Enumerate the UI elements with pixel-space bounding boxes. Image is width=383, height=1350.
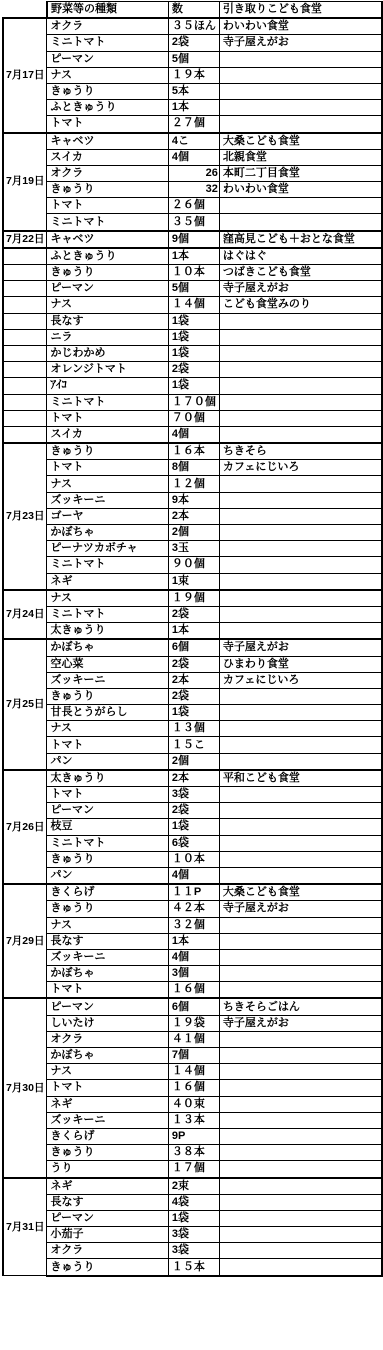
shokudo-cell — [219, 1031, 382, 1047]
vegetable-cell: ズッキーニ — [47, 492, 168, 508]
table-row: ピーマン5個寺子屋えがお — [3, 281, 382, 297]
date-cell-empty — [3, 378, 47, 394]
quantity-cell: 1袋 — [168, 313, 219, 329]
table-row: 太きゅうり1本 — [3, 623, 382, 640]
shokudo-cell — [219, 917, 382, 933]
quantity-cell: １３本 — [168, 1112, 219, 1128]
shokudo-cell — [219, 1227, 382, 1243]
table-row: オクラ４１個 — [3, 1031, 382, 1047]
vegetable-cell: ナス — [47, 297, 168, 313]
quantity-cell: 2袋 — [168, 656, 219, 672]
vegetable-cell: ネギ — [47, 1178, 168, 1195]
table-row: ネギ1束 — [3, 573, 382, 590]
quantity-cell: 2本 — [168, 508, 219, 524]
table-row: きゅうり１０本 — [3, 851, 382, 867]
table-row: 長なす4袋 — [3, 1194, 382, 1210]
shokudo-cell — [219, 378, 382, 394]
quantity-cell: 32 — [168, 182, 219, 198]
shokudo-cell — [219, 51, 382, 67]
quantity-cell: 3玉 — [168, 541, 219, 557]
date-cell-empty — [3, 426, 47, 443]
vegetable-cell: 太きゅうり — [47, 770, 168, 787]
shokudo-cell: ひまわり食堂 — [219, 656, 382, 672]
table-row: 小茄子3袋 — [3, 1227, 382, 1243]
shokudo-cell: こども食堂みのり — [219, 297, 382, 313]
quantity-cell: ４１個 — [168, 1031, 219, 1047]
quantity-cell: 1袋 — [168, 819, 219, 835]
date-cell-empty — [3, 297, 47, 313]
shokudo-cell: わいわい食堂 — [219, 182, 382, 198]
corner-cell — [3, 2, 47, 19]
table-row: トマト２６個 — [3, 198, 382, 214]
shokudo-cell — [219, 606, 382, 622]
quantity-cell: 4個 — [168, 149, 219, 165]
table-row: ゴーヤ2本 — [3, 508, 382, 524]
table-row: ズッキーニ１３本 — [3, 1112, 382, 1128]
quantity-cell: 4個 — [168, 867, 219, 884]
table-row: トマト１６個 — [3, 982, 382, 999]
quantity-cell: 2袋 — [168, 606, 219, 622]
shokudo-cell: カフェにじいろ — [219, 460, 382, 476]
vegetable-cell: しいたけ — [47, 1015, 168, 1031]
vegetable-cell: トマト — [47, 982, 168, 999]
vegetable-cell: トマト — [47, 460, 168, 476]
shokudo-cell — [219, 1048, 382, 1064]
table-row: きゅうり2袋 — [3, 688, 382, 704]
table-row: ズッキーニ4個 — [3, 949, 382, 965]
shokudo-cell: 大桑こども食堂 — [219, 884, 382, 901]
quantity-cell: ３８本 — [168, 1145, 219, 1161]
vegetable-cell: きゅうり — [47, 83, 168, 99]
vegetable-cell: かぼちゃ — [47, 1048, 168, 1064]
shokudo-cell — [219, 1128, 382, 1144]
quantity-cell: ３５ほん — [168, 18, 219, 35]
quantity-cell: 1束 — [168, 573, 219, 590]
quantity-cell: 1本 — [168, 248, 219, 265]
quantity-cell: 2袋 — [168, 35, 219, 51]
table-row: 7月29日きくらげ１１P大桑こども食堂 — [3, 884, 382, 901]
vegetable-cell: 空心菜 — [47, 656, 168, 672]
quantity-cell: 9個 — [168, 231, 219, 248]
date-cell: 7月23日 — [3, 443, 47, 590]
vegetable-cell: 長なす — [47, 313, 168, 329]
quantity-cell: 6個 — [168, 639, 219, 656]
table-row: 7月23日きゅうり１６本ちきそら — [3, 443, 382, 460]
shokudo-cell: 寺子屋えがお — [219, 281, 382, 297]
quantity-cell: 5個 — [168, 51, 219, 67]
table-row: ズッキーニ2本カフェにじいろ — [3, 672, 382, 688]
table-row: ナス１３個 — [3, 721, 382, 737]
vegetable-cell: ニラ — [47, 329, 168, 345]
date-cell-empty — [3, 248, 47, 265]
quantity-cell: ４０束 — [168, 1096, 219, 1112]
shokudo-cell — [219, 1145, 382, 1161]
quantity-cell: 5本 — [168, 83, 219, 99]
table-row: トマト１５こ — [3, 737, 382, 753]
table-row: 7月31日ネギ2束 — [3, 1178, 382, 1195]
vegetable-cell: 甘長とうがらし — [47, 705, 168, 721]
shokudo-cell — [219, 721, 382, 737]
vegetable-cell: トマト — [47, 116, 168, 133]
shokudo-cell — [219, 426, 382, 443]
shokudo-cell: 平和こども食堂 — [219, 770, 382, 787]
vegetable-cell: きゅうり — [47, 443, 168, 460]
table-row: ｱｲｺ1袋 — [3, 378, 382, 394]
vegetable-cell: ナス — [47, 590, 168, 607]
vegetable-cell: オクラ — [47, 18, 168, 35]
table-row: 空心菜2袋ひまわり食堂 — [3, 656, 382, 672]
shokudo-cell — [219, 214, 382, 231]
vegetable-cell: ナス — [47, 721, 168, 737]
vegetable-cell: オクラ — [47, 1031, 168, 1047]
table-row: かじわかめ1袋 — [3, 345, 382, 361]
quantity-cell: １７個 — [168, 1161, 219, 1178]
vegetable-cell: ナス — [47, 1064, 168, 1080]
quantity-cell: ３５個 — [168, 214, 219, 231]
shokudo-cell: 大桑こども食堂 — [219, 133, 382, 150]
vegetable-cell: きゅうり — [47, 182, 168, 198]
date-cell: 7月30日 — [3, 998, 47, 1177]
shokudo-cell — [219, 819, 382, 835]
table-row: ミニトマト2袋寺子屋えがお — [3, 35, 382, 51]
table-row: ナス１９本 — [3, 67, 382, 83]
quantity-cell: 5個 — [168, 281, 219, 297]
table-row: きゅうり４２本寺子屋えがお — [3, 901, 382, 917]
vegetable-cell: ゴーヤ — [47, 508, 168, 524]
quantity-cell: 4こ — [168, 133, 219, 150]
shokudo-cell — [219, 688, 382, 704]
shokudo-cell: 寺子屋えがお — [219, 1015, 382, 1031]
quantity-cell: １９本 — [168, 67, 219, 83]
shokudo-cell — [219, 541, 382, 557]
table-row: ナス１２個 — [3, 476, 382, 492]
table-row: かぼちゃ2個 — [3, 525, 382, 541]
vegetable-cell: きゅうり — [47, 1259, 168, 1276]
quantity-cell: ７０個 — [168, 410, 219, 426]
shokudo-cell: はぐはぐ — [219, 248, 382, 265]
quantity-cell: 2個 — [168, 753, 219, 770]
spreadsheet-page: 野菜等の種類 数 引き取りこども食堂 7月17日オクラ３５ほんわいわい食堂ミニト… — [0, 0, 383, 1350]
vegetable-cell: ピーマン — [47, 51, 168, 67]
vegetable-cell: ズッキーニ — [47, 1112, 168, 1128]
table-row: パン2個 — [3, 753, 382, 770]
table-row: スイカ4個北親食堂 — [3, 149, 382, 165]
shokudo-cell: ちきそら — [219, 443, 382, 460]
vegetable-cell: きくらげ — [47, 1128, 168, 1144]
table-row: トマト１６個 — [3, 1080, 382, 1096]
vegetable-cell: トマト — [47, 198, 168, 214]
vegetable-cell: ナス — [47, 67, 168, 83]
vegetable-cell: 太きゅうり — [47, 623, 168, 640]
shokudo-cell: 寺子屋えがお — [219, 639, 382, 656]
table-row: ピーマン5個 — [3, 51, 382, 67]
table-row: ナス１４個 — [3, 1064, 382, 1080]
table-row: 7月30日ピーマン6個ちきそらごはん — [3, 998, 382, 1015]
table-row: ピーマン1袋 — [3, 1210, 382, 1226]
shokudo-cell — [219, 705, 382, 721]
table-row: 長なす1袋 — [3, 313, 382, 329]
shokudo-cell — [219, 1210, 382, 1226]
quantity-cell: 6袋 — [168, 835, 219, 851]
table-row: ミニトマト１７０個 — [3, 394, 382, 410]
quantity-cell: １４個 — [168, 1064, 219, 1080]
quantity-cell: １６本 — [168, 443, 219, 460]
vegetable-cell: トマト — [47, 787, 168, 803]
shokudo-cell — [219, 329, 382, 345]
shokudo-cell — [219, 949, 382, 965]
shokudo-cell — [219, 573, 382, 590]
vegetable-cell: ピーマン — [47, 803, 168, 819]
quantity-cell: １１P — [168, 884, 219, 901]
shokudo-cell — [219, 525, 382, 541]
quantity-cell: 1袋 — [168, 329, 219, 345]
shokudo-cell — [219, 198, 382, 214]
table-row: ニラ1袋 — [3, 329, 382, 345]
quantity-cell: 2袋 — [168, 688, 219, 704]
table-row: きゅうり5本 — [3, 83, 382, 99]
quantity-cell: ２６個 — [168, 198, 219, 214]
quantity-cell: 9本 — [168, 492, 219, 508]
table-row: ピーマン2袋 — [3, 803, 382, 819]
vegetable-cell: スイカ — [47, 149, 168, 165]
shokudo-cell — [219, 966, 382, 982]
vegetable-cell: ズッキーニ — [47, 672, 168, 688]
vegetable-cell: 長なす — [47, 1194, 168, 1210]
shokudo-cell — [219, 116, 382, 133]
date-cell-empty — [3, 362, 47, 378]
table-row: かぼちゃ7個 — [3, 1048, 382, 1064]
table-row: 長なす1本 — [3, 933, 382, 949]
quantity-cell: 8個 — [168, 460, 219, 476]
vegetable-cell: キャベツ — [47, 231, 168, 248]
quantity-cell: １９個 — [168, 590, 219, 607]
shokudo-cell — [219, 1112, 382, 1128]
shokudo-cell — [219, 100, 382, 116]
vegetable-cell: 小茄子 — [47, 1227, 168, 1243]
vegetable-cell: ネギ — [47, 573, 168, 590]
table-row: ふときゅうり1本はぐはぐ — [3, 248, 382, 265]
shokudo-cell — [219, 1243, 382, 1259]
quantity-cell: １５本 — [168, 1259, 219, 1276]
table-row: 枝豆1袋 — [3, 819, 382, 835]
table-row: ズッキーニ9本 — [3, 492, 382, 508]
header-vegetable: 野菜等の種類 — [47, 2, 168, 19]
shokudo-cell: ちきそらごはん — [219, 998, 382, 1015]
table-row: うり１７個 — [3, 1161, 382, 1178]
vegetable-cell: ズッキーニ — [47, 949, 168, 965]
quantity-cell: １２個 — [168, 476, 219, 492]
quantity-cell: 1袋 — [168, 345, 219, 361]
date-cell-empty — [3, 394, 47, 410]
table-row: トマト７０個 — [3, 410, 382, 426]
shokudo-cell — [219, 476, 382, 492]
table-row: トマト8個カフェにじいろ — [3, 460, 382, 476]
shokudo-cell — [219, 492, 382, 508]
shokudo-cell — [219, 508, 382, 524]
vegetable-cell: かぼちゃ — [47, 966, 168, 982]
quantity-cell: 1本 — [168, 100, 219, 116]
quantity-cell: ３２個 — [168, 917, 219, 933]
vegetable-donation-table: 野菜等の種類 数 引き取りこども食堂 7月17日オクラ３５ほんわいわい食堂ミニト… — [2, 1, 383, 1277]
quantity-cell: 1袋 — [168, 705, 219, 721]
shokudo-cell: 北親食堂 — [219, 149, 382, 165]
vegetable-cell: ピーナツカボチャ — [47, 541, 168, 557]
quantity-cell: 2個 — [168, 525, 219, 541]
table-row: スイカ4個 — [3, 426, 382, 443]
quantity-cell: 26 — [168, 165, 219, 181]
table-row: 7月25日かぼちゃ6個寺子屋えがお — [3, 639, 382, 656]
quantity-cell: 4個 — [168, 426, 219, 443]
shokudo-cell — [219, 67, 382, 83]
vegetable-cell: ミニトマト — [47, 394, 168, 410]
quantity-cell: 9P — [168, 1128, 219, 1144]
date-cell: 7月25日 — [3, 639, 47, 770]
shokudo-cell — [219, 1178, 382, 1195]
quantity-cell: １０本 — [168, 851, 219, 867]
date-cell: 7月19日 — [3, 133, 47, 231]
date-cell: 7月26日 — [3, 770, 47, 884]
table-row: きゅうり１５本 — [3, 1259, 382, 1276]
quantity-cell: ４２本 — [168, 901, 219, 917]
vegetable-cell: ふときゅうり — [47, 248, 168, 265]
table-row: きゅうり32わいわい食堂 — [3, 182, 382, 198]
shokudo-cell — [219, 623, 382, 640]
shokudo-cell — [219, 1096, 382, 1112]
vegetable-cell: ナス — [47, 476, 168, 492]
table-row: きくらげ9P — [3, 1128, 382, 1144]
date-cell: 7月31日 — [3, 1178, 47, 1276]
quantity-cell: 1本 — [168, 933, 219, 949]
vegetable-cell: ピーマン — [47, 281, 168, 297]
shokudo-cell: わいわい食堂 — [219, 18, 382, 35]
shokudo-cell — [219, 1161, 382, 1178]
date-cell-empty — [3, 281, 47, 297]
shokudo-cell — [219, 83, 382, 99]
table-row: ミニトマト6袋 — [3, 835, 382, 851]
vegetable-cell: きゅうり — [47, 688, 168, 704]
quantity-cell: ９０個 — [168, 557, 219, 573]
table-row: ナス１４個こども食堂みのり — [3, 297, 382, 313]
table-row: ピーナツカボチャ3玉 — [3, 541, 382, 557]
table-row: 7月26日太きゅうり2本平和こども食堂 — [3, 770, 382, 787]
header-row: 野菜等の種類 数 引き取りこども食堂 — [3, 2, 382, 19]
table-row: きゅうり１０本つばきこども食堂 — [3, 265, 382, 281]
shokudo-cell — [219, 410, 382, 426]
vegetable-cell: ミニトマト — [47, 214, 168, 231]
vegetable-cell: パン — [47, 753, 168, 770]
table-row: かぼちゃ3個 — [3, 966, 382, 982]
vegetable-cell: スイカ — [47, 426, 168, 443]
header-shokudo: 引き取りこども食堂 — [219, 2, 382, 19]
vegetable-cell: 長なす — [47, 933, 168, 949]
shokudo-cell — [219, 803, 382, 819]
quantity-cell: 2本 — [168, 672, 219, 688]
shokudo-cell — [219, 362, 382, 378]
table-body: 7月17日オクラ３５ほんわいわい食堂ミニトマト2袋寺子屋えがおピーマン5個ナス１… — [3, 18, 382, 1275]
table-row: ミニトマト３５個 — [3, 214, 382, 231]
shokudo-cell — [219, 1194, 382, 1210]
table-row: ふときゅうり1本 — [3, 100, 382, 116]
quantity-cell: 2袋 — [168, 362, 219, 378]
table-row: 甘長とうがらし1袋 — [3, 705, 382, 721]
vegetable-cell: うり — [47, 1161, 168, 1178]
quantity-cell: 3個 — [168, 966, 219, 982]
shokudo-cell — [219, 851, 382, 867]
quantity-cell: 2本 — [168, 770, 219, 787]
table-row: ミニトマト９０個 — [3, 557, 382, 573]
shokudo-cell: カフェにじいろ — [219, 672, 382, 688]
vegetable-cell: パン — [47, 867, 168, 884]
quantity-cell: 3袋 — [168, 1227, 219, 1243]
shokudo-cell — [219, 590, 382, 607]
table-row: オクラ3袋 — [3, 1243, 382, 1259]
vegetable-cell: ミニトマト — [47, 606, 168, 622]
table-row: パン4個 — [3, 867, 382, 884]
quantity-cell: 3袋 — [168, 1243, 219, 1259]
vegetable-cell: かぼちゃ — [47, 525, 168, 541]
shokudo-cell — [219, 982, 382, 999]
quantity-cell: １９袋 — [168, 1015, 219, 1031]
shokudo-cell — [219, 787, 382, 803]
vegetable-cell: ミニトマト — [47, 835, 168, 851]
date-cell-empty — [3, 329, 47, 345]
shokudo-cell — [219, 835, 382, 851]
quantity-cell: １６個 — [168, 982, 219, 999]
table-row: 7月17日オクラ３５ほんわいわい食堂 — [3, 18, 382, 35]
table-row: オレンジトマト2袋 — [3, 362, 382, 378]
quantity-cell: 7個 — [168, 1048, 219, 1064]
shokudo-cell: 寺子屋えがお — [219, 901, 382, 917]
vegetable-cell: ピーマン — [47, 998, 168, 1015]
shokudo-cell: 寺子屋えがお — [219, 35, 382, 51]
table-row: 7月24日ナス１９個 — [3, 590, 382, 607]
quantity-cell: 3袋 — [168, 787, 219, 803]
shokudo-cell — [219, 1080, 382, 1096]
date-cell-empty — [3, 265, 47, 281]
table-row: ミニトマト2袋 — [3, 606, 382, 622]
table-row: トマト3袋 — [3, 787, 382, 803]
quantity-cell: １３個 — [168, 721, 219, 737]
date-cell: 7月29日 — [3, 884, 47, 998]
quantity-cell: １６個 — [168, 1080, 219, 1096]
shokudo-cell — [219, 867, 382, 884]
quantity-cell: 2束 — [168, 1178, 219, 1195]
table-row: オクラ26本町二丁目食堂 — [3, 165, 382, 181]
quantity-cell: １７０個 — [168, 394, 219, 410]
table-row: きゅうり３８本 — [3, 1145, 382, 1161]
vegetable-cell: きゅうり — [47, 851, 168, 867]
quantity-cell: １４個 — [168, 297, 219, 313]
quantity-cell: 1袋 — [168, 378, 219, 394]
shokudo-cell: 窪高見こども＋おとな食堂 — [219, 231, 382, 248]
vegetable-cell: トマト — [47, 737, 168, 753]
quantity-cell: 1本 — [168, 623, 219, 640]
quantity-cell: 4袋 — [168, 1194, 219, 1210]
vegetable-cell: ナス — [47, 917, 168, 933]
vegetable-cell: ミニトマト — [47, 557, 168, 573]
shokudo-cell — [219, 1259, 382, 1276]
quantity-cell: ２７個 — [168, 116, 219, 133]
vegetable-cell: ふときゅうり — [47, 100, 168, 116]
table-row: しいたけ１９袋寺子屋えがお — [3, 1015, 382, 1031]
date-cell-empty — [3, 345, 47, 361]
vegetable-cell: トマト — [47, 410, 168, 426]
header-quantity: 数 — [168, 2, 219, 19]
table-row: ナス３２個 — [3, 917, 382, 933]
quantity-cell: １５こ — [168, 737, 219, 753]
quantity-cell: 1袋 — [168, 1210, 219, 1226]
shokudo-cell — [219, 933, 382, 949]
